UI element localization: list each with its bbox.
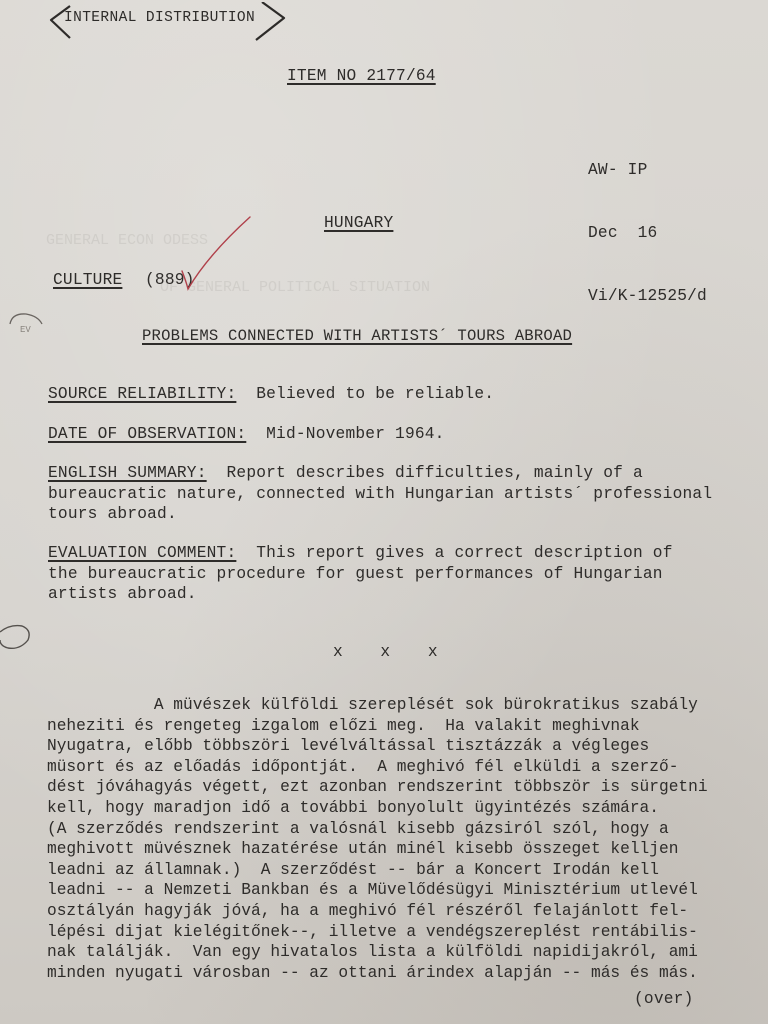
evaluation-comment-line-1: This report gives a correct description … [256,544,672,562]
punch-hole-icon: EV [4,310,44,340]
body-line: A müvészek külföldi szereplését sok büro… [47,695,708,716]
source-reliability-label: SOURCE RELIABILITY: [48,385,236,403]
body-line: meghivott müvésznek hazatérése után miné… [47,839,708,860]
reference-line-3: Vi/K-12525/d [588,286,707,307]
stamp-text: INTERNAL DISTRIBUTION [64,10,255,26]
item-number: ITEM NO 2177/64 [287,67,436,85]
body-line: (A szerződés rendszerint a valósnál kise… [47,819,708,840]
body-line: kell, hogy maradjon idő a további bonyol… [47,798,708,819]
date-of-observation-value: Mid-November 1964. [266,425,444,443]
source-reliability-value: Believed to be reliable. [256,385,494,403]
hungarian-body-text: A müvészek külföldi szereplését sok büro… [47,695,708,983]
red-checkmark-icon [178,215,258,295]
punch-hole-icon [0,622,34,652]
body-line: nak találják. Van egy hivatalos lista a … [47,942,708,963]
body-line: lépési dijat kielégitőnek--, illetve a v… [47,922,708,943]
english-summary-label: ENGLISH SUMMARY: [48,464,207,482]
body-line: osztályán hagyják jóvá, ha a meghivó fél… [47,901,708,922]
english-summary-line-3: tours abroad. [48,504,712,525]
evaluation-comment-label: EVALUATION COMMENT: [48,544,236,562]
date-of-observation-field: DATE OF OBSERVATION: Mid-November 1964. [48,425,445,443]
body-line: minden nyugati városban -- az ottani ári… [47,963,708,984]
category-label: CULTURE [53,271,122,289]
reference-line-1: AW- IP [588,160,707,181]
english-summary-field: ENGLISH SUMMARY: Report describes diffic… [48,463,712,525]
english-summary-line-1: Report describes difficulties, mainly of… [226,464,642,482]
margin-mark: EV [20,325,31,335]
english-summary-line-2: bureaucratic nature, connected with Hung… [48,484,712,505]
source-reliability-field: SOURCE RELIABILITY: Believed to be relia… [48,385,494,403]
body-line: leadni -- a Nemzeti Bankban és a Müvelőd… [47,880,708,901]
internal-distribution-stamp: INTERNAL DISTRIBUTION [48,2,288,38]
over-footer: (over) [634,990,694,1008]
country-heading: HUNGARY [324,214,393,232]
reference-block: AW- IP Dec 16 Vi/K-12525/d [588,118,707,328]
body-line: Nyugatra, előbb többszöri levélváltással… [47,736,708,757]
evaluation-comment-line-3: artists abroad. [48,584,673,605]
body-line: müsort és az előadás időpontját. A meghi… [47,757,708,778]
section-separator: x x x [333,643,452,661]
date-of-observation-label: DATE OF OBSERVATION: [48,425,246,443]
body-line: leadni az államnak.) A szerződést -- bár… [47,860,708,881]
reference-line-2: Dec 16 [588,223,707,244]
body-line: dést jóváhagyás végett, ezt azonban rend… [47,777,708,798]
evaluation-comment-line-2: the bureaucratic procedure for guest per… [48,564,673,585]
body-line: neheziti és rengeteg izgalom előzi meg. … [47,716,708,737]
report-title: PROBLEMS CONNECTED WITH ARTISTS´ TOURS A… [142,327,572,345]
evaluation-comment-field: EVALUATION COMMENT: This report gives a … [48,543,673,605]
